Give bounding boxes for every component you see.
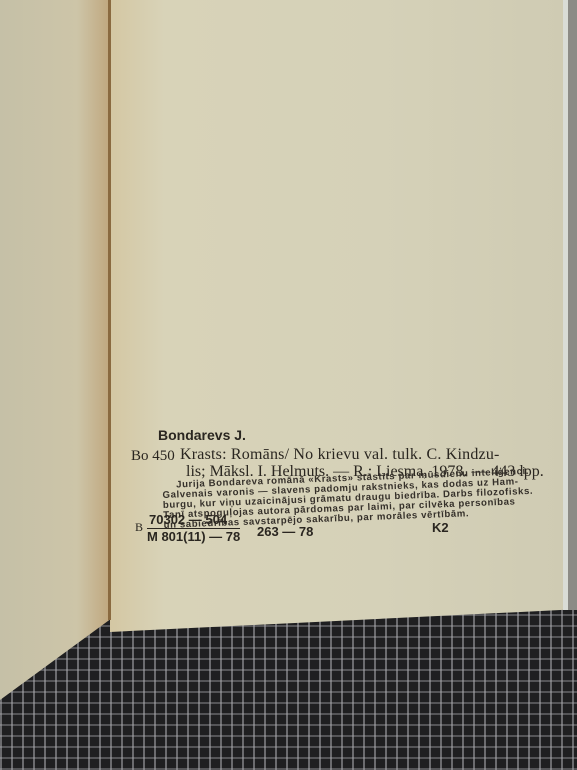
classification-code: Bo 450 <box>131 448 175 465</box>
bibliographic-entry-line-1: Krasts: Romāns/ No krievu val. tulk. C. … <box>180 446 500 464</box>
fraction-denominator: M 801(11) — 78 <box>147 528 240 544</box>
catalog-card-block: Bondarevs J. Bo 450 Krasts: Romāns/ No k… <box>0 0 577 600</box>
fraction-suffix: 263 — 78 <box>257 524 313 539</box>
author-name: Bondarevs J. <box>158 427 246 443</box>
catalog-mark: K2 <box>432 520 449 535</box>
catalog-fraction: 70302 — 504 M 801(11) — 78 <box>147 512 240 544</box>
fraction-numerator: 70302 — 504 <box>147 512 240 527</box>
index-letter: B <box>135 520 143 535</box>
